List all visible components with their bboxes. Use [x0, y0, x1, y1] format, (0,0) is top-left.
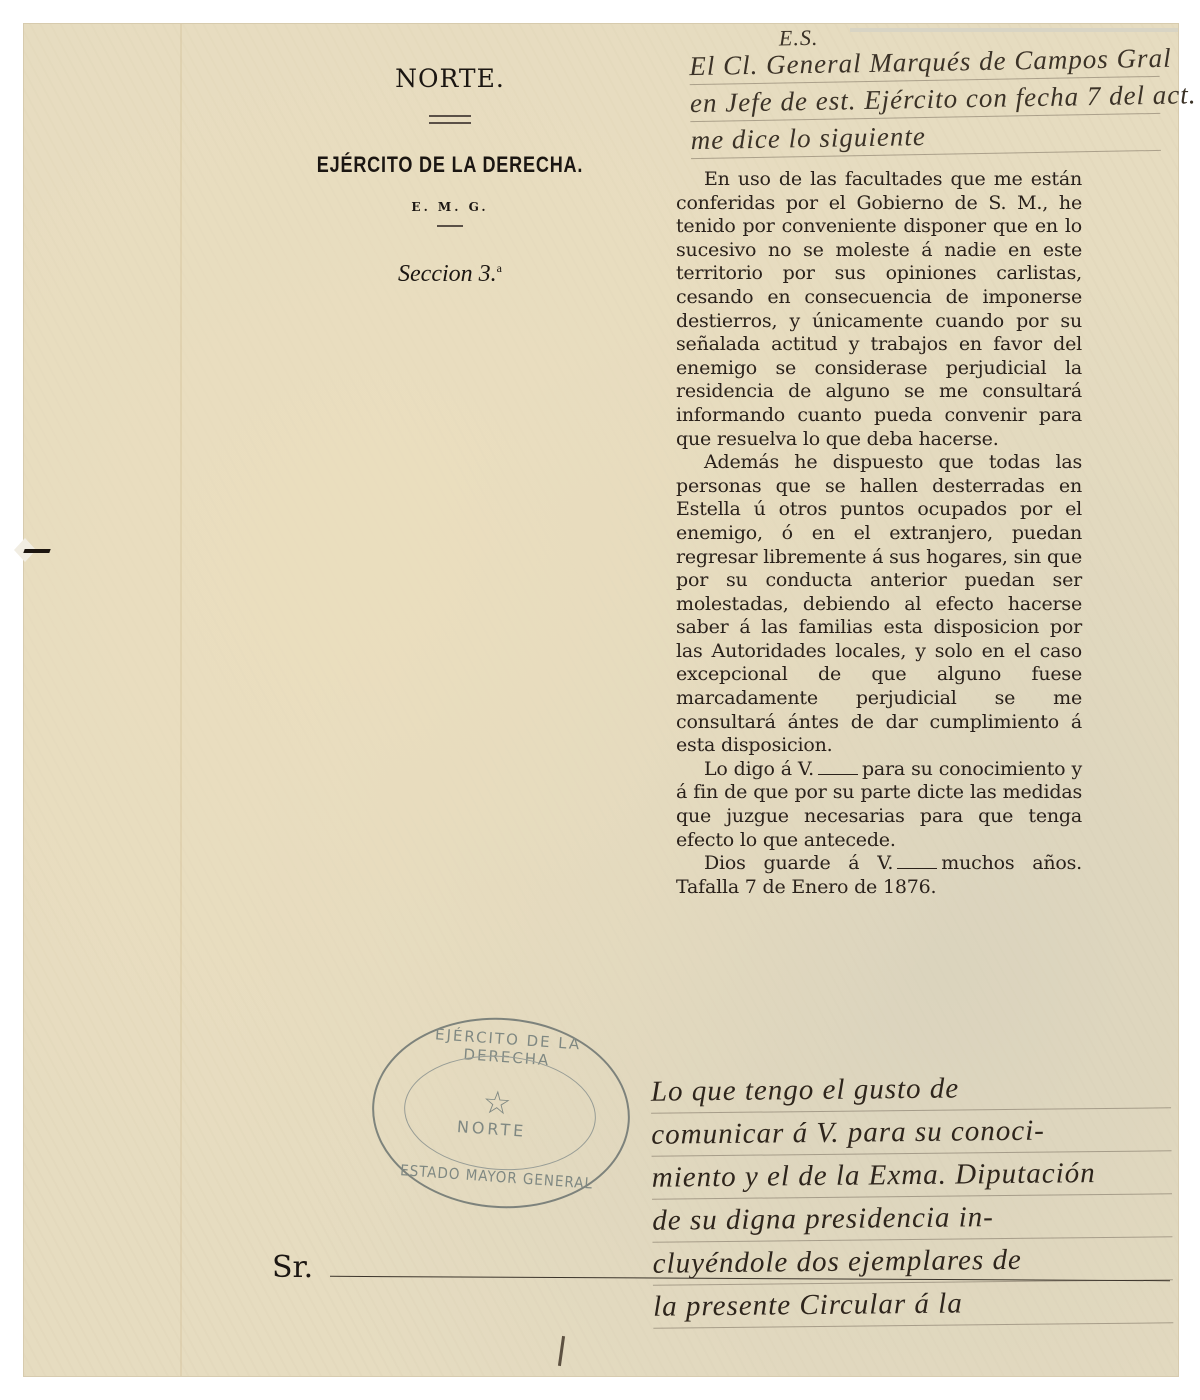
army-title: EJÉRCITO DE LA DERECHA. [286, 152, 614, 178]
page-edge-overlap [850, 28, 1178, 32]
blank-line [897, 858, 937, 869]
blank-line [818, 764, 858, 775]
paragraph: Además he dispuesto que todas las person… [676, 451, 1082, 758]
signoff-text: Dios guarde á V. [704, 852, 893, 874]
binding-hole [14, 546, 64, 556]
region-title: NORTE. [250, 64, 650, 93]
handwritten-line: miento y el de la Exma. Diputación [652, 1151, 1172, 1199]
printed-circular: En uso de las facultades que me están co… [676, 168, 1082, 899]
handwritten-line: de su digna presidencia in- [652, 1194, 1172, 1242]
addressee-label: Sr. [272, 1250, 313, 1285]
fold-line [180, 24, 182, 1376]
handwritten-line: comunicar á V. para su conoci- [651, 1108, 1171, 1156]
handwritten-heading: E.S. El Cl. General Marqués de Campos Gr… [689, 40, 1161, 159]
star-icon: ☆ [481, 1083, 512, 1123]
signoff-paragraph: Dios guarde á V.muchos años. Tafalla 7 d… [676, 852, 1082, 899]
handwritten-line: Lo que tengo el gusto de [651, 1065, 1171, 1113]
section-label: Seccion 3.a [250, 261, 650, 288]
section-superscript: a [497, 261, 502, 275]
closing-text: Lo digo á V. [704, 758, 814, 780]
paragraph: En uso de las facultades que me están co… [676, 168, 1082, 451]
double-rule-divider [429, 115, 471, 124]
hole-icon [23, 549, 50, 553]
staff-abbreviation: E. M. G. [250, 200, 650, 214]
rule-divider [437, 225, 463, 227]
handwritten-correction: E.S. [779, 20, 819, 57]
closing-paragraph: Lo digo á V.para su conocimiento y á fin… [676, 758, 1082, 852]
handwritten-note: Lo que tengo el gusto de comunicar á V. … [651, 1065, 1174, 1328]
letterhead: NORTE. EJÉRCITO DE LA DERECHA. E. M. G. … [250, 60, 650, 288]
handwritten-line: la presente Circular á la [653, 1280, 1173, 1328]
section-text: Seccion 3. [398, 261, 497, 287]
